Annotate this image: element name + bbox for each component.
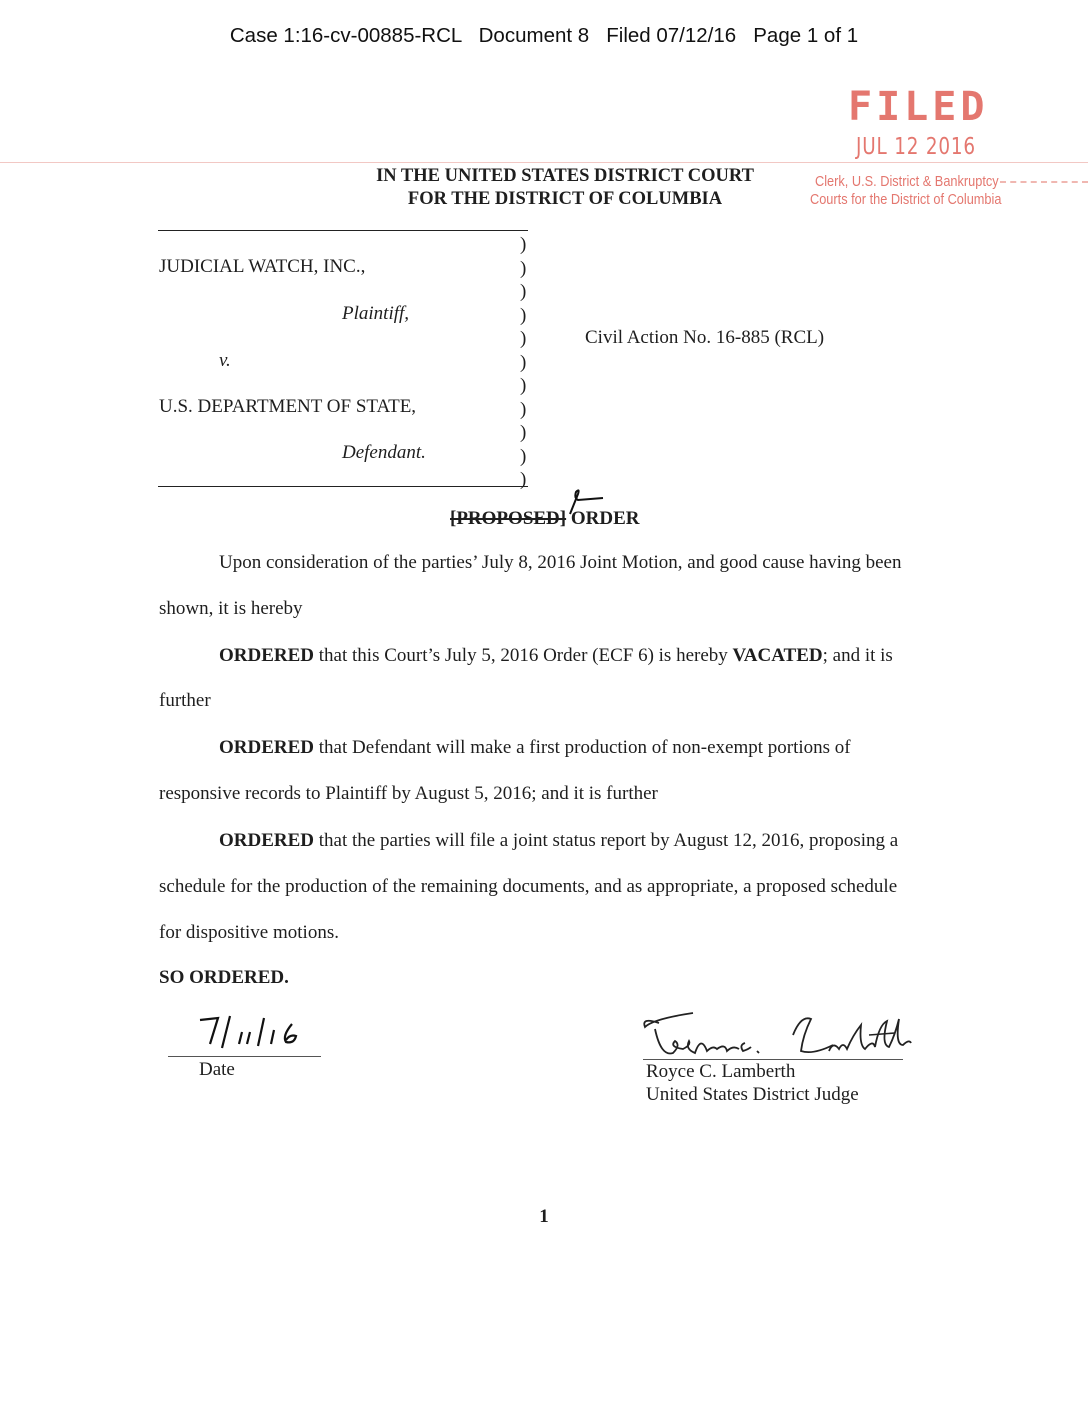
date-signature-line [168,1056,321,1057]
plaintiff-name: JUDICIAL WATCH, INC., [159,256,365,278]
ordered-label: ORDERED [219,737,314,758]
ecf-header: Case 1:16-cv-00885-RCL Document 8 Filed … [0,24,1088,48]
vacated-label: VACATED [733,645,823,666]
stamp-title: FILED [848,84,988,130]
defendant-name: U.S. DEPARTMENT OF STATE, [159,396,416,418]
caption-bottom-rule [158,486,528,487]
scan-artifact-dash [1000,181,1088,183]
paragraph-4-line-1: ORDERED that the parties will file a joi… [219,830,898,852]
caption-top-rule [158,230,528,231]
court-heading-line1: IN THE UNITED STATES DISTRICT COURT [300,165,830,188]
ordered-label: ORDERED [219,830,314,851]
judge-name: Royce C. Lamberth [646,1061,795,1083]
so-ordered: SO ORDERED. [159,967,289,989]
versus: v. [219,350,231,372]
paragraph-3-line-2: responsive records to Plaintiff by Augus… [159,783,658,805]
paragraph-4-line-3: for dispositive motions. [159,922,339,944]
paragraph-2-line-2: further [159,690,211,712]
order-title: [PROPOSED] ORDER [450,508,639,530]
plaintiff-role: Plaintiff, [342,303,409,325]
ordered-label: ORDERED [219,645,314,666]
stamp-date: JUL 12 2016 [856,134,976,160]
caption-parentheses: ))))))))))) [520,233,526,492]
paragraph-1-line-1: Upon consideration of the parties’ July … [219,552,901,574]
scan-artifact-line [0,162,1088,163]
judge-title: United States District Judge [646,1084,859,1106]
judge-signature-line [643,1059,903,1060]
paragraph-4-line-2: schedule for the production of the remai… [159,876,897,898]
court-heading-line2: FOR THE DISTRICT OF COLUMBIA [300,188,830,211]
paragraph-2-line-1: ORDERED that this Court’s July 5, 2016 O… [219,645,893,667]
defendant-role: Defendant. [342,442,426,464]
stamp-clerk-line2: Courts for the District of Columbia [810,192,1001,208]
page-number: 1 [0,1206,1088,1228]
paragraph-1-line-2: shown, it is hereby [159,598,303,620]
handwritten-date [198,1010,308,1052]
stamp-clerk-line1: Clerk, U.S. District & Bankruptcy [815,174,999,190]
paragraph-3-line-1: ORDERED that Defendant will make a first… [219,737,851,759]
date-label: Date [199,1059,235,1081]
order-title-text: ORDER [566,508,639,529]
civil-action-number: Civil Action No. 16-885 (RCL) [585,327,824,349]
order-title-struck: [PROPOSED] [450,508,566,529]
court-heading: IN THE UNITED STATES DISTRICT COURT FOR … [300,165,830,211]
